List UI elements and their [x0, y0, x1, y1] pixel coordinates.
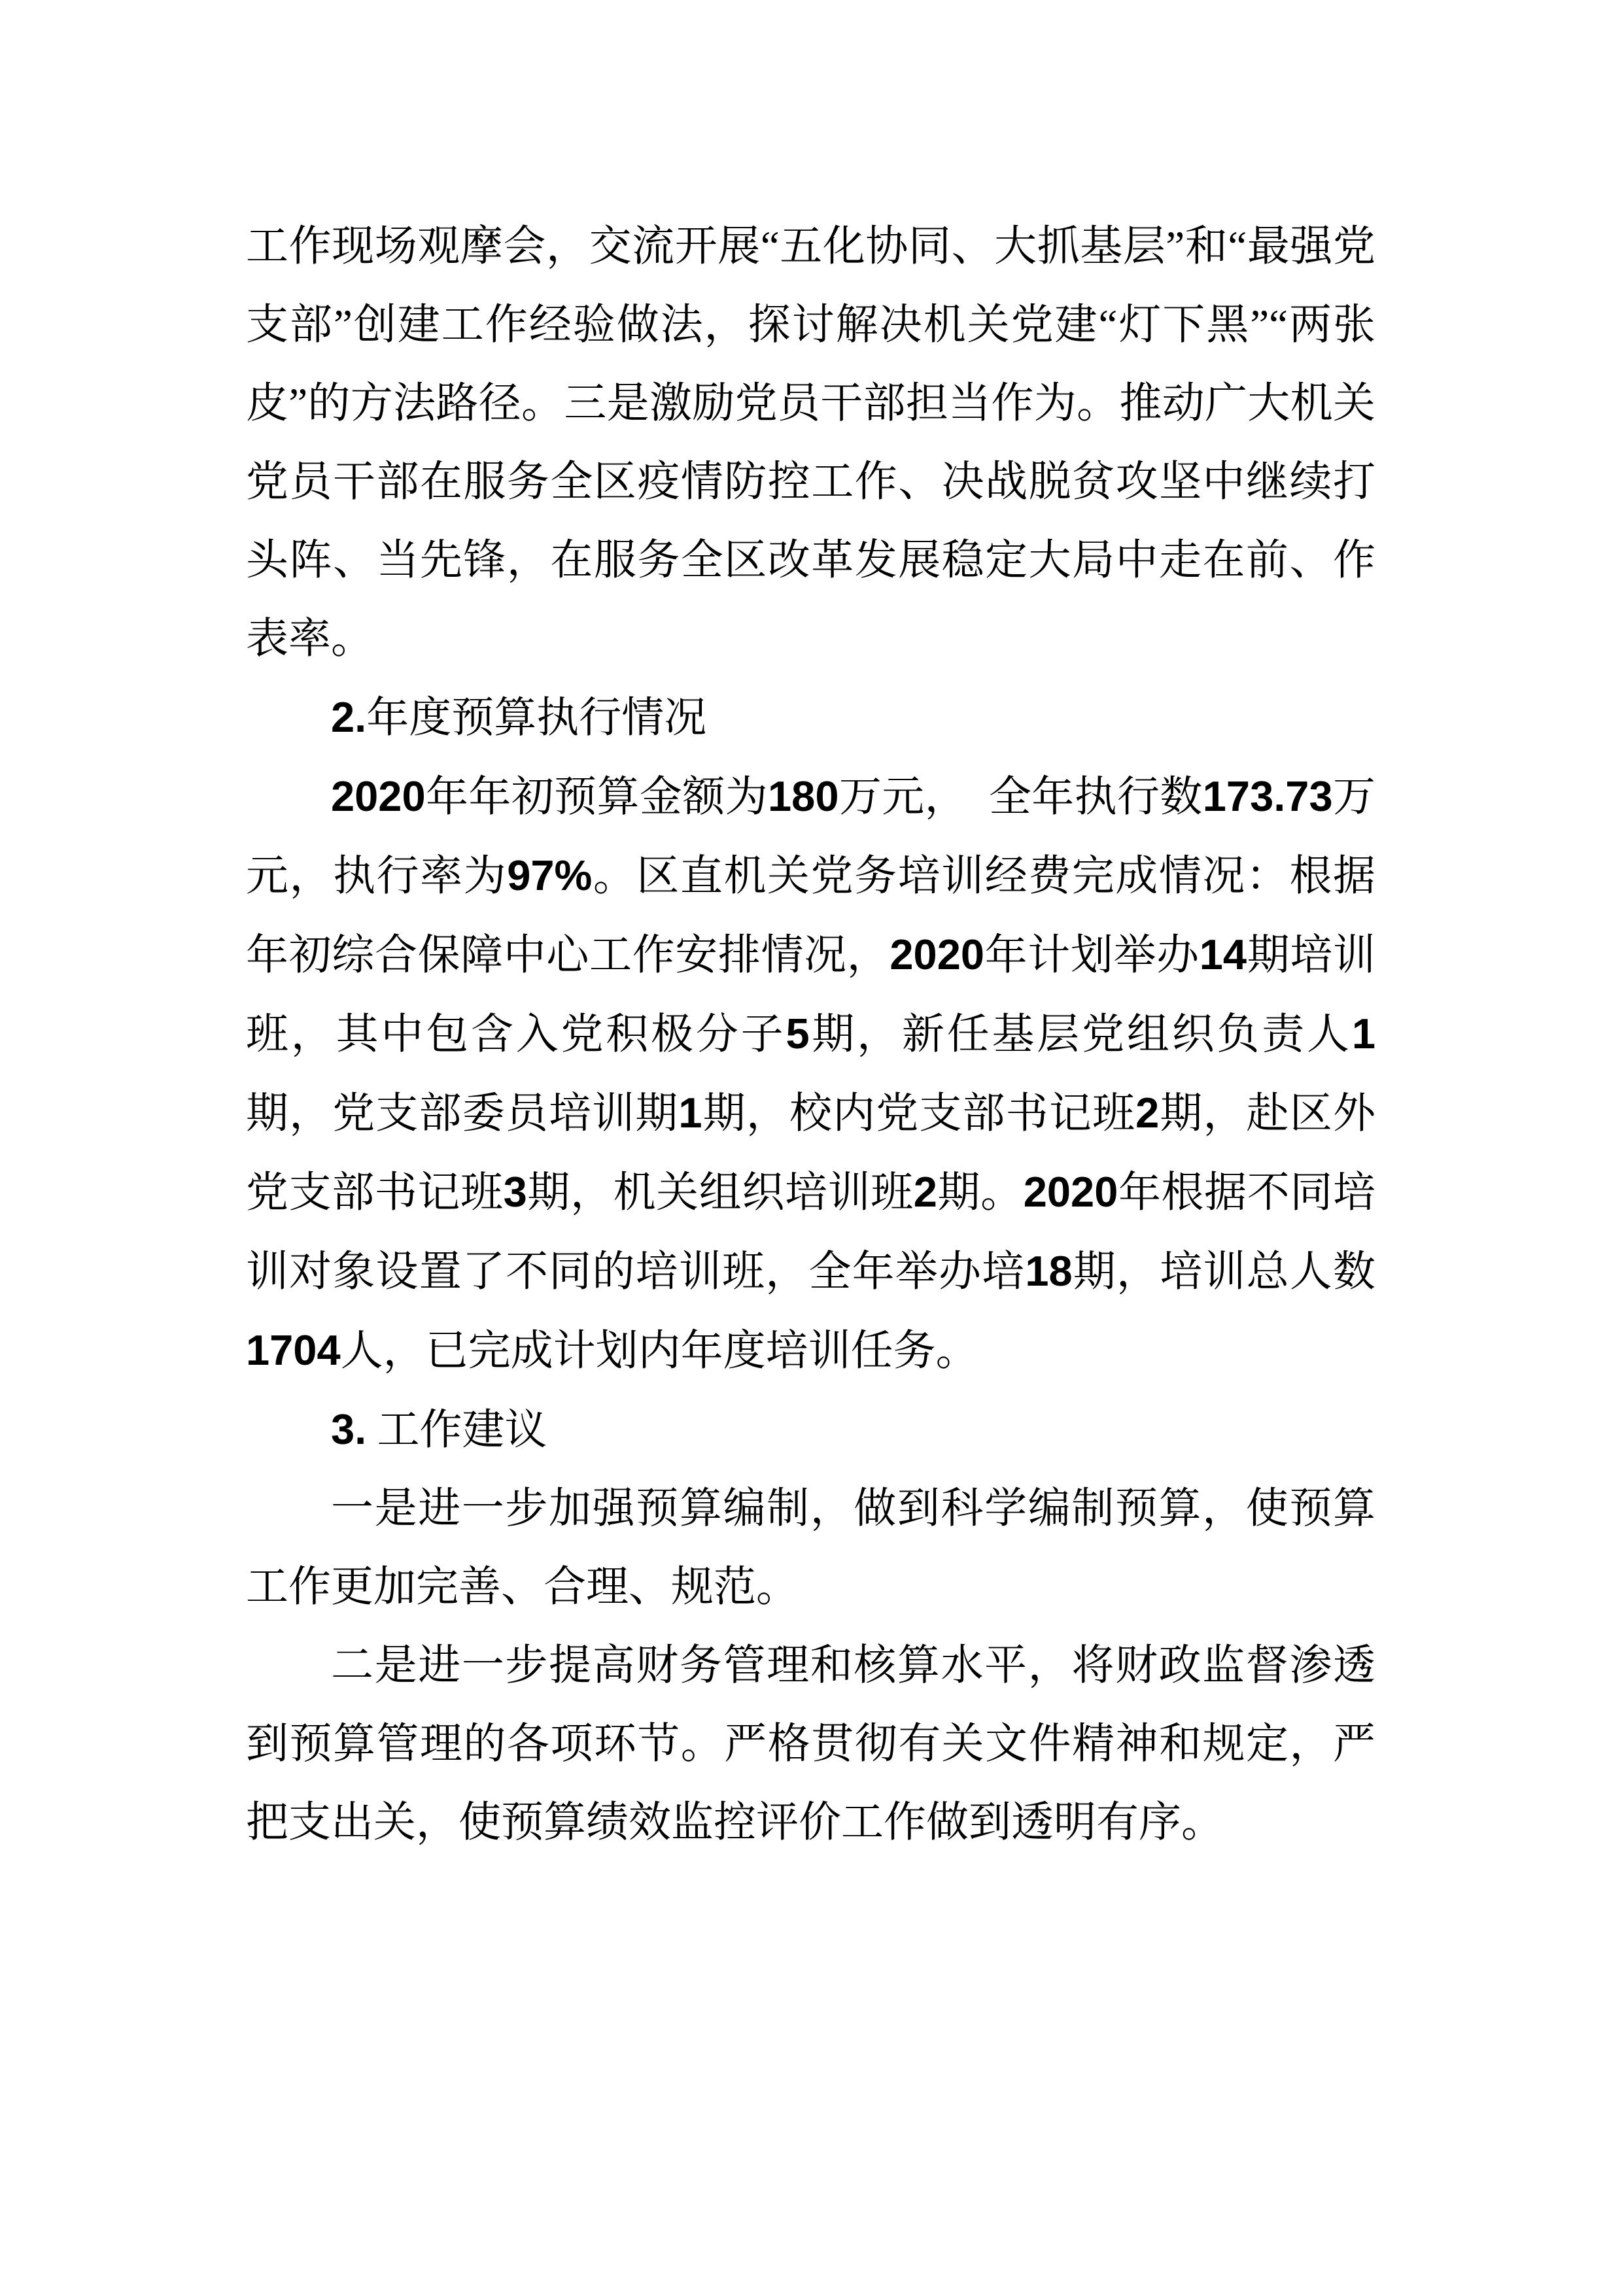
paragraph-budget-execution-detail: 2020年年初预算金额为180万元， 全年执行数173.73万元，执行率为97%… — [246, 757, 1375, 1390]
text-run-num: 2020 — [890, 931, 984, 978]
text-run-num: 5 — [786, 1010, 809, 1057]
text-run-num: 2 — [1135, 1089, 1159, 1137]
text-run-num: 2. — [331, 693, 366, 741]
text-run-cjk: 一是进一步加强预算编制，做到科学编制预算，使预算工作更加完善、合理、规范。 — [246, 1485, 1375, 1611]
text-run-num: 173.73 — [1203, 772, 1333, 820]
document-body: 工作现场观摩会，交流开展“五化协同、大抓基层”和“最强党支部”创建工作经验做法，… — [246, 207, 1375, 1862]
text-run-num: 1 — [678, 1089, 702, 1137]
text-run-num: 18 — [1025, 1247, 1072, 1295]
heading-3-work-suggestions: 3. 工作建议 — [246, 1390, 1375, 1469]
text-run-cjk: 二是进一步提高财务管理和核算水平，将财政监督渗透到预算管理的各项环节。严格贯彻有… — [246, 1642, 1375, 1846]
text-run-cjk: 年计划举办 — [984, 932, 1200, 979]
heading-2-budget-execution: 2.年度预算执行情况 — [246, 678, 1375, 757]
text-run-cjk: 期，机关组织培训班 — [527, 1169, 914, 1216]
text-run-num: 2 — [914, 1168, 937, 1216]
text-run-cjk: 期，校内党支部书记班 — [702, 1090, 1136, 1137]
text-run-num: 1 — [1352, 1010, 1375, 1057]
text-run-num: 3 — [504, 1168, 527, 1216]
text-run-num: 180 — [768, 772, 838, 820]
document-page: 工作现场观摩会，交流开展“五化协同、大抓基层”和“最强党支部”创建工作经验做法，… — [0, 0, 1624, 2296]
text-run-num: 97% — [507, 851, 592, 899]
text-run-cjk: 工作现场观摩会，交流开展“五化协同、大抓基层”和“最强党支部”创建工作经验做法，… — [246, 223, 1375, 662]
text-run-cjk: 年度预算执行情况 — [366, 694, 706, 742]
text-run-num: 14 — [1200, 931, 1247, 978]
text-run-cjk: 万元， 全年执行数 — [838, 774, 1202, 821]
text-run-cjk: 期，新任基层党组织负责人 — [810, 1011, 1352, 1058]
text-run-cjk: 年年初预算金额为 — [426, 774, 768, 821]
paragraph-suggestion-2: 二是进一步提高财务管理和核算水平，将财政监督渗透到预算管理的各项环节。严格贯彻有… — [246, 1626, 1375, 1862]
text-run-num: 2020 — [331, 772, 426, 820]
paragraph-continuation-party-building: 工作现场观摩会，交流开展“五化协同、大抓基层”和“最强党支部”创建工作经验做法，… — [246, 207, 1375, 678]
text-run-num: 1704 — [246, 1326, 341, 1374]
text-run-cjk: 工作建议 — [366, 1407, 547, 1454]
paragraph-suggestion-1: 一是进一步加强预算编制，做到科学编制预算，使预算工作更加完善、合理、规范。 — [246, 1469, 1375, 1626]
text-run-num: 2020 — [1024, 1168, 1118, 1216]
text-run-cjk: 人，已完成计划内年度培训任务。 — [341, 1328, 978, 1375]
text-run-cjk: 期。 — [937, 1169, 1024, 1216]
text-run-num: 3. — [331, 1405, 366, 1453]
text-run-cjk: 期，培训总人数 — [1073, 1248, 1375, 1295]
text-run-cjk: 期，党支部委员培训期 — [246, 1090, 678, 1137]
